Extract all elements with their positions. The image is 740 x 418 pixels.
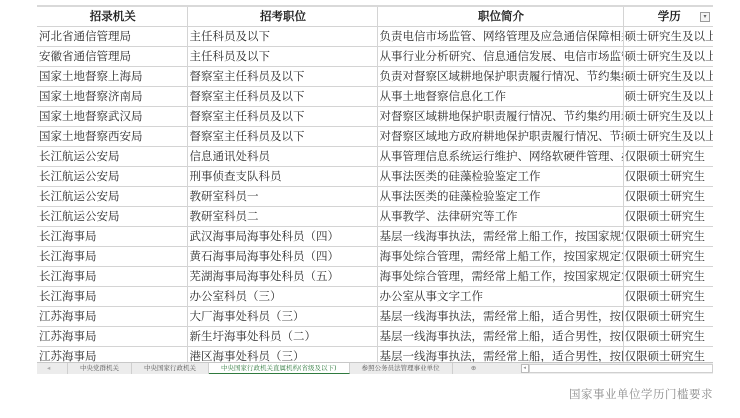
column-header-position[interactable]: 招考职位 bbox=[187, 7, 377, 27]
tab-scroll-left-button[interactable]: ◂ bbox=[37, 363, 68, 374]
cell-agency[interactable]: 长江航运公安局 bbox=[37, 167, 187, 187]
cell-education[interactable]: 仅限硕士研究生 bbox=[623, 267, 713, 287]
table-row: 国家土地督察武汉局督察室主任科员及以下对督察区域耕地保护职责履行情况、节约集约用… bbox=[37, 107, 713, 127]
tab-public-institutions[interactable]: 参照公务员法管理事业单位 bbox=[350, 363, 453, 374]
cell-agency[interactable]: 江苏海事局 bbox=[37, 307, 187, 327]
cell-education[interactable]: 硕士研究生及以上 bbox=[623, 27, 713, 47]
cell-agency[interactable]: 河北省通信管理局 bbox=[37, 27, 187, 47]
table-row: 长江航运公安局教研室科员二从事教学、法律研究等工作仅限硕士研究生 bbox=[37, 207, 713, 227]
column-header-description[interactable]: 职位简介 bbox=[377, 7, 623, 27]
cell-education[interactable]: 仅限硕士研究生 bbox=[623, 227, 713, 247]
cell-description[interactable]: 对督察区域地方政府耕地保护职责履行情况、节约 bbox=[377, 127, 623, 147]
cell-position[interactable]: 主任科员及以下 bbox=[187, 47, 377, 67]
cell-position[interactable]: 武汉海事局海事处科员（四） bbox=[187, 227, 377, 247]
cell-description[interactable]: 从事行业分析研究、信息通信发展、电信市场监管 bbox=[377, 47, 623, 67]
cell-education[interactable]: 仅限硕士研究生 bbox=[623, 287, 713, 307]
header-row: 招录机关 招考职位 职位简介 学历 ▾ bbox=[37, 7, 713, 27]
table-row: 安徽省通信管理局主任科员及以下从事行业分析研究、信息通信发展、电信市场监管硕士研… bbox=[37, 47, 713, 67]
cell-agency[interactable]: 长江航运公安局 bbox=[37, 187, 187, 207]
cell-description[interactable]: 从事法医类的硅藻检验鉴定工作 bbox=[377, 167, 623, 187]
cell-position[interactable]: 督察室主任科员及以下 bbox=[187, 67, 377, 87]
table-row: 国家土地督察济南局督察室主任科员及以下从事土地督察信息化工作硕士研究生及以上 bbox=[37, 87, 713, 107]
table-row: 江苏海事局大厂海事处科员（三）基层一线海事执法，需经常上船，适合男性，按国仅限硕… bbox=[37, 307, 713, 327]
cell-position[interactable]: 主任科员及以下 bbox=[187, 27, 377, 47]
table-row: 长江航运公安局信息通讯处科员从事管理信息系统运行维护、网络软硬件管理、办仅限硕士… bbox=[37, 147, 713, 167]
cell-description[interactable]: 基层一线海事执法，需经常上船，适合男性，按国 bbox=[377, 307, 623, 327]
table-row: 国家土地督察西安局督察室主任科员及以下对督察区域地方政府耕地保护职责履行情况、节… bbox=[37, 127, 713, 147]
cell-description[interactable]: 基层一线海事执法，需经常上船工作，按国家规定 bbox=[377, 227, 623, 247]
add-sheet-icon[interactable]: ⊕ bbox=[453, 363, 495, 374]
cell-position[interactable]: 督察室主任科员及以下 bbox=[187, 107, 377, 127]
cell-agency[interactable]: 长江海事局 bbox=[37, 267, 187, 287]
sheet-tab-bar: ◂ 中央党群机关 中央国家行政机关 中央国家行政机关直属机构(省级及以下) 参照… bbox=[37, 362, 713, 374]
table-row: 江苏海事局新生圩海事处科员（二）基层一线海事执法，需经常上船，适合男性，按国仅限… bbox=[37, 327, 713, 347]
cell-agency[interactable]: 国家土地督察济南局 bbox=[37, 87, 187, 107]
cell-position[interactable]: 教研室科员二 bbox=[187, 207, 377, 227]
cell-education[interactable]: 仅限硕士研究生 bbox=[623, 247, 713, 267]
table-row: 河北省通信管理局主任科员及以下负责电信市场监管、网络管理及应急通信保障相关硕士研… bbox=[37, 27, 713, 47]
cell-position[interactable]: 督察室主任科员及以下 bbox=[187, 87, 377, 107]
cell-education[interactable]: 硕士研究生及以上 bbox=[623, 127, 713, 147]
cell-description[interactable]: 基层一线海事执法，需经常上船，适合男性，按国 bbox=[377, 327, 623, 347]
tab-central-party-organs[interactable]: 中央党群机关 bbox=[68, 363, 132, 374]
column-header-education[interactable]: 学历 ▾ bbox=[623, 7, 713, 27]
cell-agency[interactable]: 长江航运公安局 bbox=[37, 207, 187, 227]
horizontal-scrollbar[interactable]: ◂ bbox=[495, 363, 713, 374]
spreadsheet-grid: 招录机关 招考职位 职位简介 学历 ▾ 河北省通信管理局主任科员及以下负责电信市… bbox=[37, 7, 713, 367]
cell-education[interactable]: 硕士研究生及以上 bbox=[623, 47, 713, 67]
cell-description[interactable]: 海事处综合管理，需经常上船工作，按国家规定发 bbox=[377, 247, 623, 267]
cell-education[interactable]: 仅限硕士研究生 bbox=[623, 167, 713, 187]
cell-education[interactable]: 硕士研究生及以上 bbox=[623, 107, 713, 127]
filter-dropdown-icon[interactable]: ▾ bbox=[700, 12, 710, 22]
cell-education[interactable]: 仅限硕士研究生 bbox=[623, 307, 713, 327]
cell-position[interactable]: 新生圩海事处科员（二） bbox=[187, 327, 377, 347]
cell-position[interactable]: 办公室科员（三） bbox=[187, 287, 377, 307]
cell-education[interactable]: 仅限硕士研究生 bbox=[623, 147, 713, 167]
cell-description[interactable]: 负责对督察区域耕地保护职责履行情况、节约集约 bbox=[377, 67, 623, 87]
cell-education[interactable]: 硕士研究生及以上 bbox=[623, 67, 713, 87]
cell-position[interactable]: 芜湖海事局海事处科员（五） bbox=[187, 267, 377, 287]
table-row: 长江海事局黄石海事局海事处科员（四）海事处综合管理，需经常上船工作，按国家规定发… bbox=[37, 247, 713, 267]
cell-position[interactable]: 刑事侦查支队科员 bbox=[187, 167, 377, 187]
image-caption: 国家事业单位学历门槛要求 bbox=[569, 386, 713, 402]
cell-description[interactable]: 海事处综合管理，需经常上船工作，按国家规定发 bbox=[377, 267, 623, 287]
scrollbar-track[interactable] bbox=[529, 364, 713, 373]
cell-position[interactable]: 黄石海事局海事处科员（四） bbox=[187, 247, 377, 267]
cell-description[interactable]: 对督察区域耕地保护职责履行情况、节约集约用地 bbox=[377, 107, 623, 127]
tab-central-admin-organs[interactable]: 中央国家行政机关 bbox=[132, 363, 209, 374]
column-header-education-label: 学历 bbox=[658, 9, 681, 23]
cell-agency[interactable]: 安徽省通信管理局 bbox=[37, 47, 187, 67]
column-header-agency[interactable]: 招录机关 bbox=[37, 7, 187, 27]
scroll-left-arrow-icon[interactable]: ◂ bbox=[521, 364, 529, 373]
cell-position[interactable]: 督察室主任科员及以下 bbox=[187, 127, 377, 147]
cell-agency[interactable]: 国家土地督察武汉局 bbox=[37, 107, 187, 127]
tab-central-admin-affiliated[interactable]: 中央国家行政机关直属机构(省级及以下) bbox=[209, 363, 350, 374]
cell-position[interactable]: 大厂海事处科员（三） bbox=[187, 307, 377, 327]
cell-description[interactable]: 办公室从事文字工作 bbox=[377, 287, 623, 307]
cell-description[interactable]: 从事教学、法律研究等工作 bbox=[377, 207, 623, 227]
cell-education[interactable]: 仅限硕士研究生 bbox=[623, 187, 713, 207]
cell-description[interactable]: 从事法医类的硅藻检验鉴定工作 bbox=[377, 187, 623, 207]
cell-agency[interactable]: 江苏海事局 bbox=[37, 327, 187, 347]
cell-description[interactable]: 从事管理信息系统运行维护、网络软硬件管理、办 bbox=[377, 147, 623, 167]
table-row: 长江海事局办公室科员（三）办公室从事文字工作仅限硕士研究生 bbox=[37, 287, 713, 307]
table-row: 长江航运公安局刑事侦查支队科员从事法医类的硅藻检验鉴定工作仅限硕士研究生 bbox=[37, 167, 713, 187]
cell-agency[interactable]: 长江海事局 bbox=[37, 227, 187, 247]
cell-education[interactable]: 硕士研究生及以上 bbox=[623, 87, 713, 107]
table-row: 长江海事局武汉海事局海事处科员（四）基层一线海事执法，需经常上船工作，按国家规定… bbox=[37, 227, 713, 247]
table-row: 国家土地督察上海局督察室主任科员及以下负责对督察区域耕地保护职责履行情况、节约集… bbox=[37, 67, 713, 87]
cell-agency[interactable]: 长江海事局 bbox=[37, 247, 187, 267]
cell-education[interactable]: 仅限硕士研究生 bbox=[623, 327, 713, 347]
cell-position[interactable]: 信息通讯处科员 bbox=[187, 147, 377, 167]
cell-agency[interactable]: 国家土地督察西安局 bbox=[37, 127, 187, 147]
table-row: 长江海事局芜湖海事局海事处科员（五）海事处综合管理，需经常上船工作，按国家规定发… bbox=[37, 267, 713, 287]
cell-agency[interactable]: 长江海事局 bbox=[37, 287, 187, 307]
cell-position[interactable]: 教研室科员一 bbox=[187, 187, 377, 207]
cell-description[interactable]: 从事土地督察信息化工作 bbox=[377, 87, 623, 107]
cell-education[interactable]: 仅限硕士研究生 bbox=[623, 207, 713, 227]
cell-agency[interactable]: 长江航运公安局 bbox=[37, 147, 187, 167]
cell-agency[interactable]: 国家土地督察上海局 bbox=[37, 67, 187, 87]
table-row: 长江航运公安局教研室科员一从事法医类的硅藻检验鉴定工作仅限硕士研究生 bbox=[37, 187, 713, 207]
cell-description[interactable]: 负责电信市场监管、网络管理及应急通信保障相关 bbox=[377, 27, 623, 47]
